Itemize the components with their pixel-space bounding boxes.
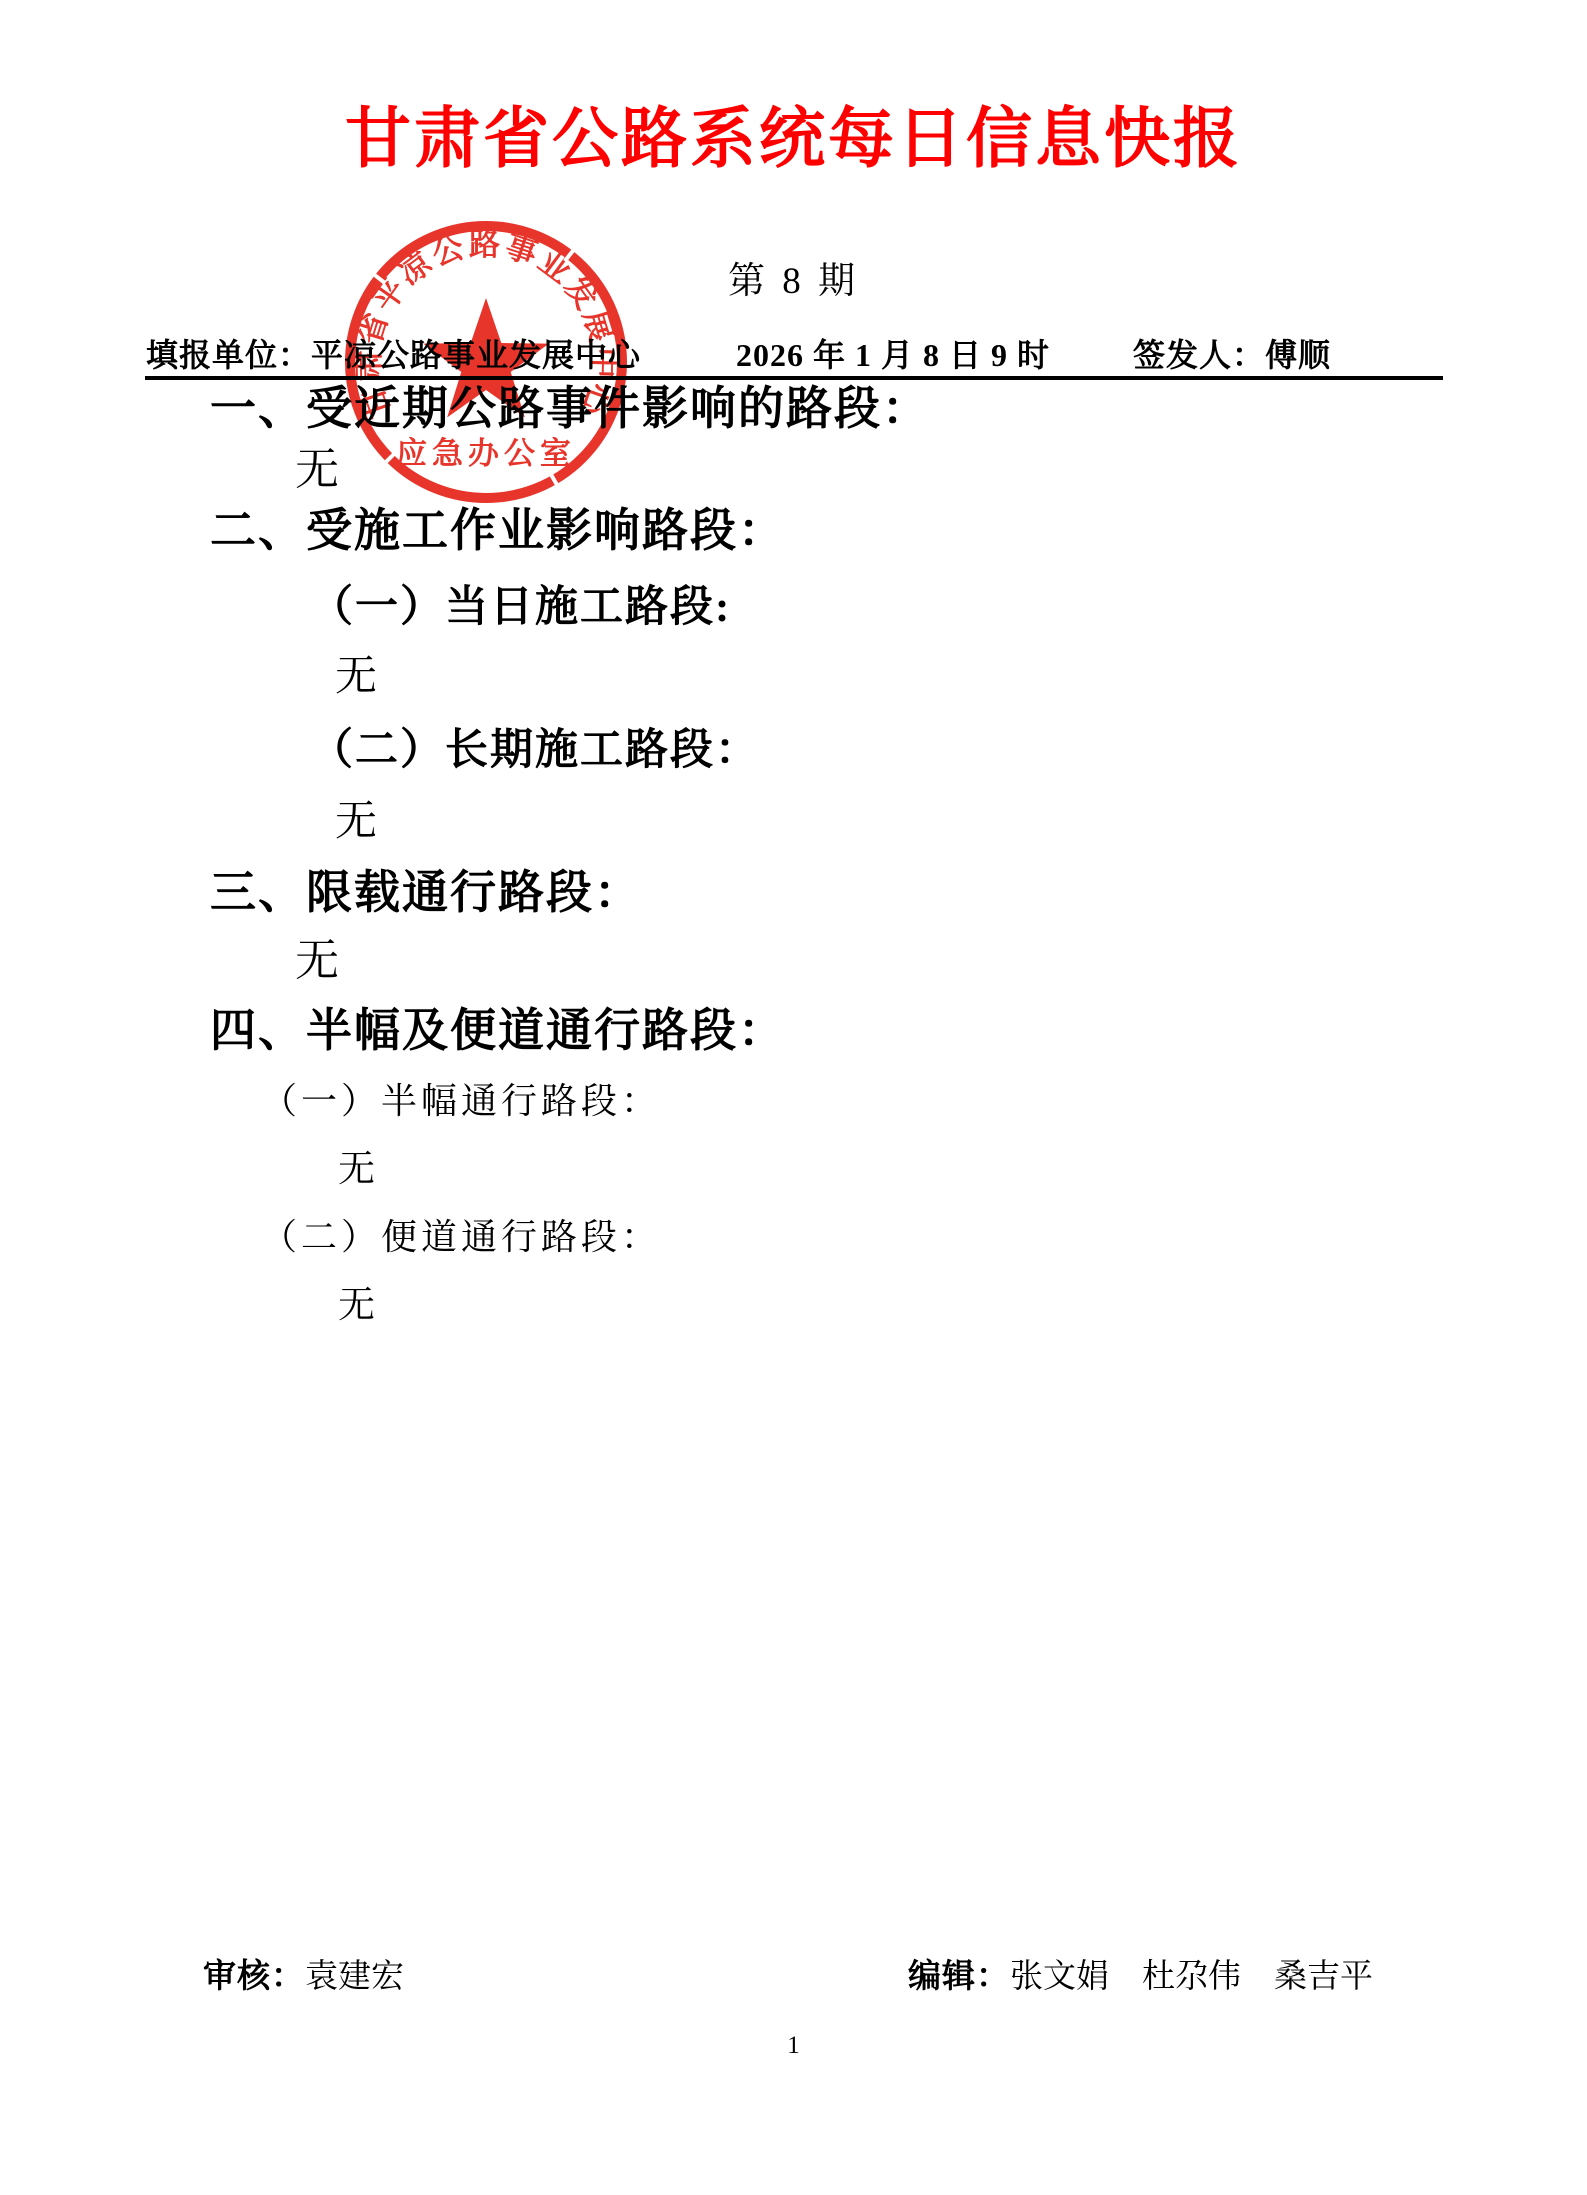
official-seal-stamp: 甘肃省平凉公路事业发展中心 应急办公室 [336,212,636,512]
issue-number: 第 8 期 [0,250,1587,304]
section-3-value: 无 [295,939,339,983]
section-4-heading: 四、半幅及便道通行路段： [210,1008,786,1054]
section-2-sub-2-heading: （二）长期施工路段： [310,729,760,772]
section-4-sub-2-value: 无 [338,1287,375,1324]
editors: 编辑：张文娟 杜尕伟 桑吉平 [908,1950,1373,1997]
issuer: 签发人：傅顺 [1133,330,1331,376]
section-4-sub-1-value: 无 [338,1151,375,1188]
section-1-value: 无 [295,448,339,492]
section-2-sub-1-heading: （一）当日施工路段: [310,586,731,629]
editors-label: 编辑： [908,1959,1010,1995]
section-2-sub-2-value: 无 [335,801,377,843]
reporting-unit-label: 填报单位： [146,337,311,373]
section-4-sub-1-heading: （一）半幅通行路段： [261,1083,661,1119]
issuer-label: 签发人： [1133,337,1265,373]
report-datetime: 2026 年 1 月 8 日 9 时 [736,330,1050,376]
seal-office-text: 应急办公室 [396,436,576,471]
section-3-heading: 三、限载通行路段： [210,870,642,916]
reviewer-value: 袁建宏 [305,1959,404,1995]
page-title: 甘肃省公路系统每日信息快报 [0,104,1587,177]
reviewer-label: 审核： [203,1959,305,1995]
editors-value: 张文娟 杜尕伟 桑吉平 [1010,1959,1373,1995]
section-2-heading: 二、受施工作业影响路段： [210,508,786,554]
issuer-value: 傅顺 [1265,337,1331,373]
reviewer: 审核：袁建宏 [203,1950,404,1997]
page-number: 1 [0,2032,1587,2060]
footer-line: 审核：袁建宏 编辑：张文娟 杜尕伟 桑吉平 [0,1950,1587,1996]
section-2-sub-1-value: 无 [335,656,377,698]
section-4-sub-2-heading: （二）便道通行路段： [261,1219,661,1255]
meta-line: 填报单位：平凉公路事业发展中心 2026 年 1 月 8 日 9 时 签发人：傅… [0,330,1587,376]
document-page: 甘肃省公路系统每日信息快报 第 8 期 填报单位：平凉公路事业发展中心 2026… [0,0,1587,2195]
star-icon [423,298,549,417]
